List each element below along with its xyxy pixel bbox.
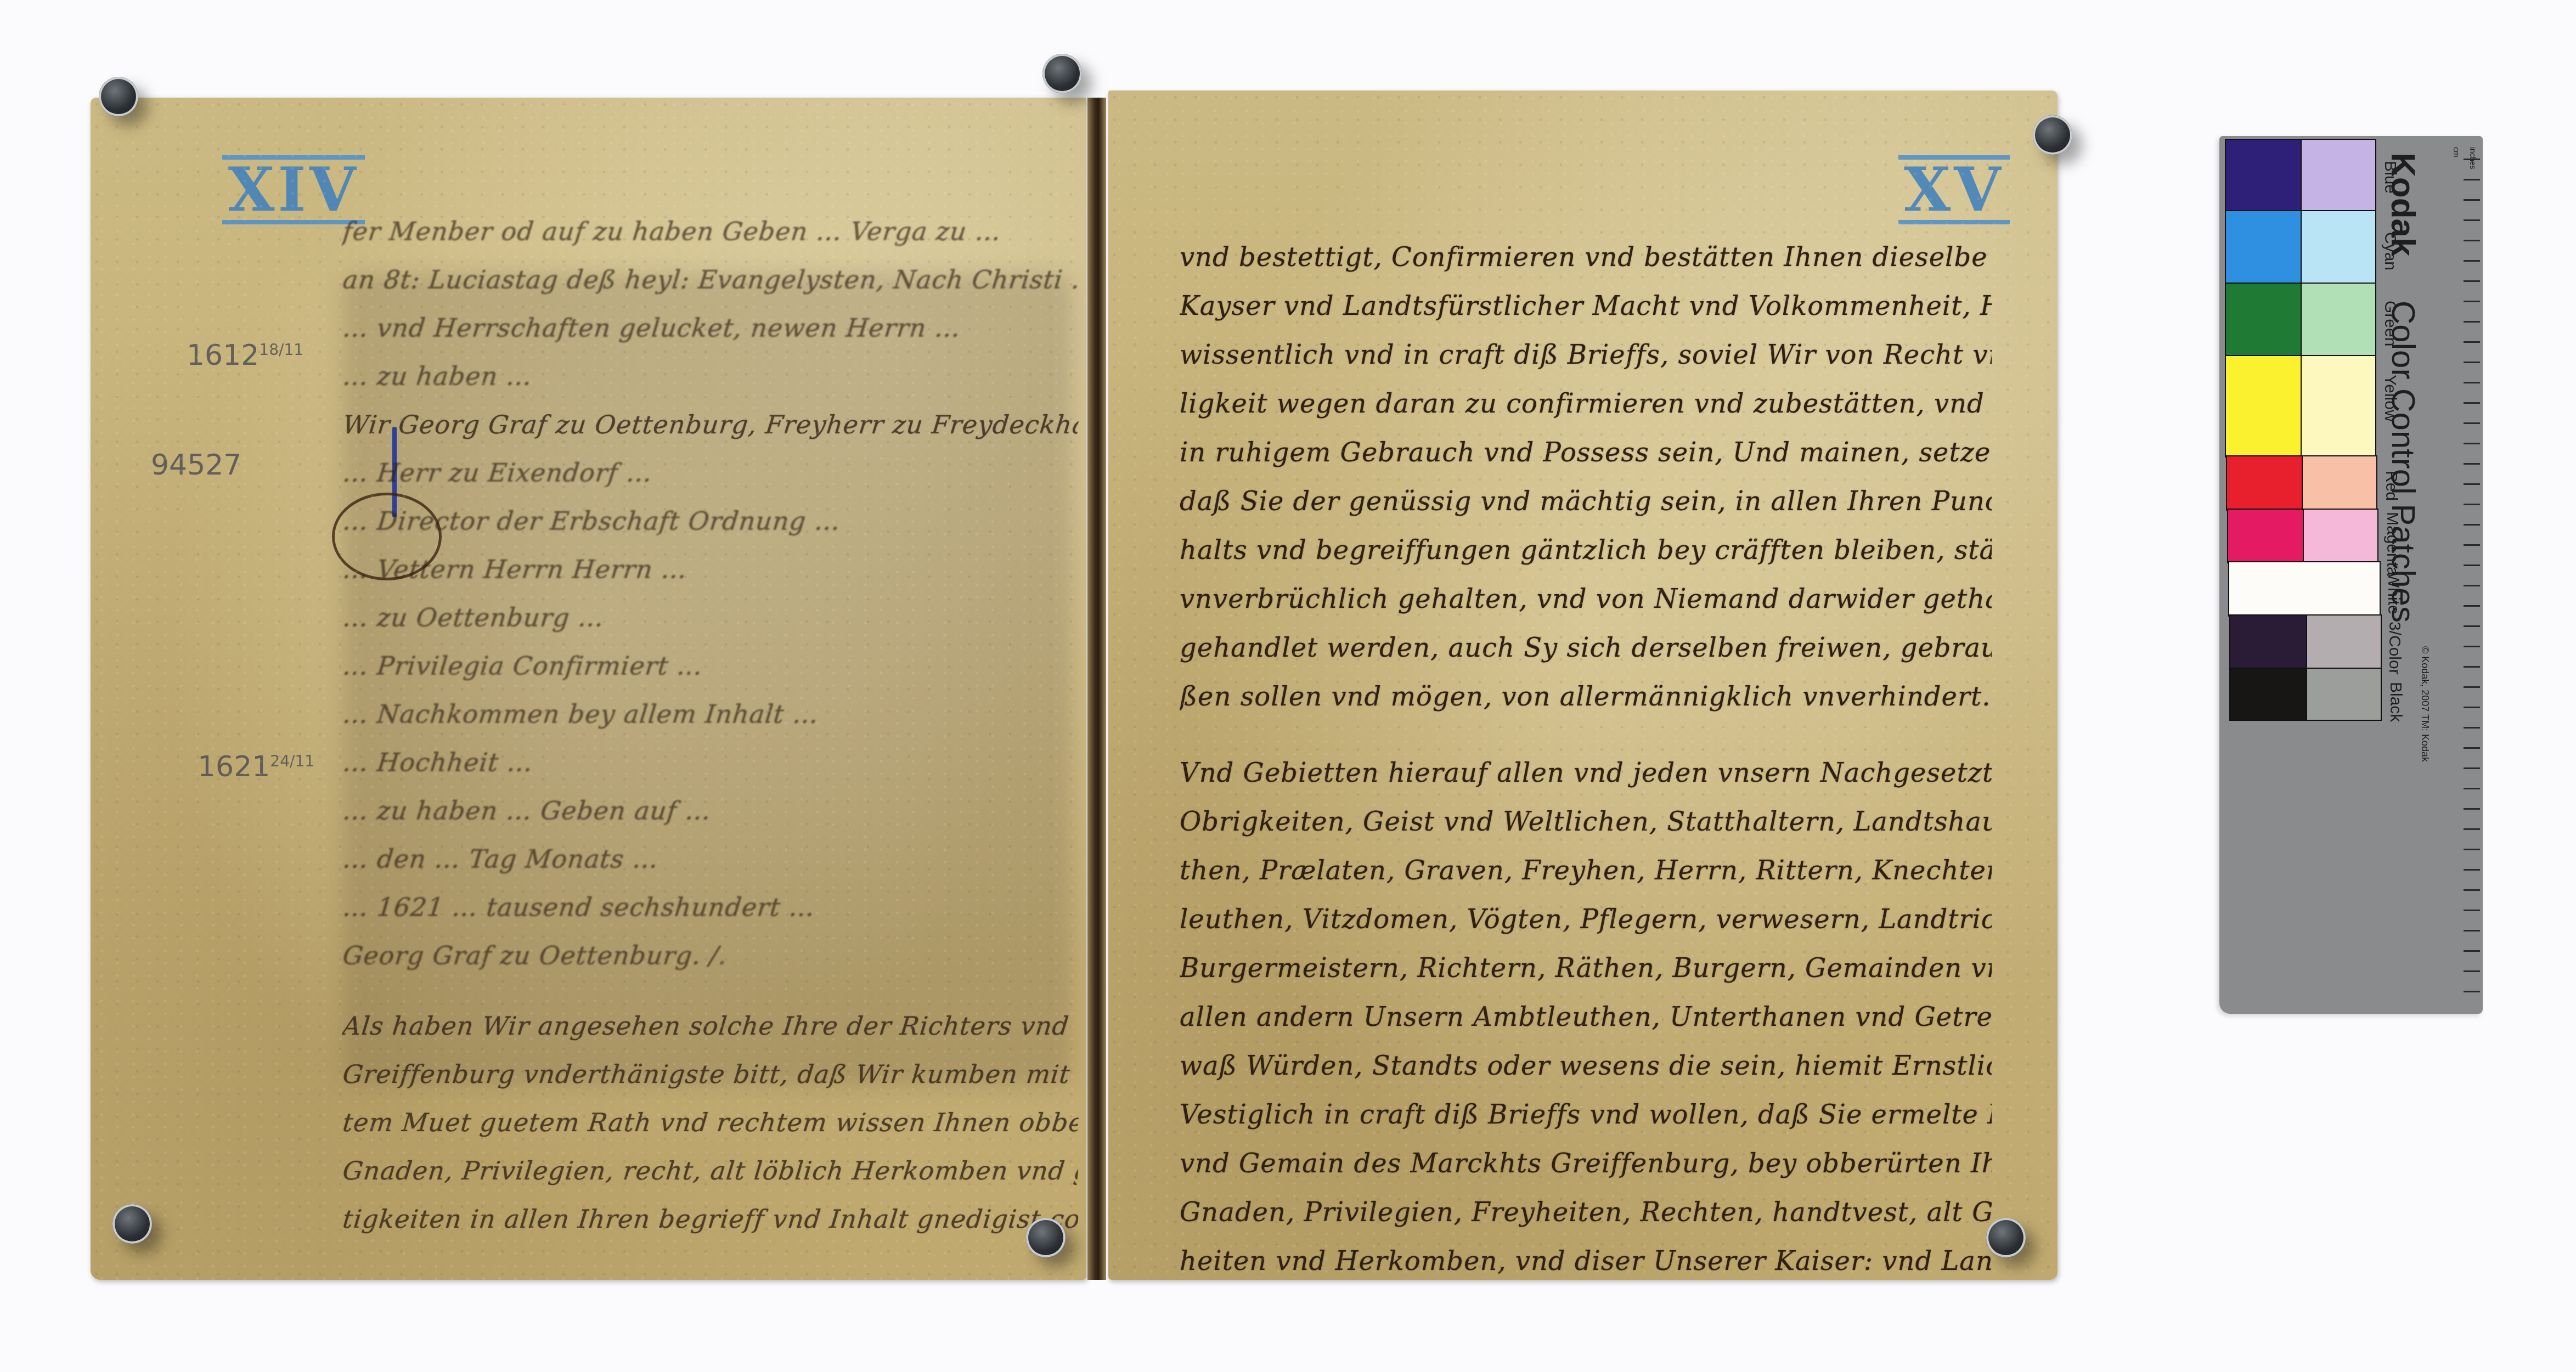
text-line: Kayser vnd Landtsfürstlicher Macht vnd V… bbox=[1180, 282, 1992, 331]
patch-yellow-dark bbox=[2225, 355, 2303, 458]
right-page-text: vnd bestettigt, Confirmieren vnd bestätt… bbox=[1180, 233, 1992, 1280]
text-line: tigkeiten in allen Ihren begrieff vnd In… bbox=[340, 1195, 1080, 1243]
label-cyan: Cyan bbox=[2381, 232, 2399, 270]
patch-black-dark bbox=[2229, 668, 2308, 721]
measurement-ruler bbox=[2439, 140, 2480, 1009]
patch-green-light bbox=[2301, 283, 2376, 357]
folio-number-right: XV bbox=[1898, 155, 2010, 224]
text-line: Wir Georg Graf zu Oettenburg, Freyherr z… bbox=[340, 400, 1080, 449]
label-blue: Blue bbox=[2381, 161, 2399, 194]
magnet-top-left bbox=[99, 77, 138, 116]
patch-white bbox=[2228, 561, 2381, 617]
text-line: ßen sollen vnd mögen, von allermännigkli… bbox=[1180, 673, 1992, 721]
text-line: daß Sie der genüssig vnd mächtig sein, i… bbox=[1180, 477, 1992, 526]
text-line: Burgermeistern, Richtern, Räthen, Burger… bbox=[1180, 944, 1992, 993]
text-line: gehandlet werden, auch Sy sich derselben… bbox=[1180, 624, 1992, 673]
left-manuscript-page: XIV 161218/11 94527 162124/11 fer Menber… bbox=[91, 98, 1086, 1280]
label-white: White bbox=[2384, 572, 2403, 614]
patch-red-dark bbox=[2226, 455, 2304, 511]
magnet-top-right bbox=[2033, 115, 2072, 155]
text-line: Vestiglich in craft diß Brieffs vnd woll… bbox=[1180, 1091, 1992, 1139]
kodak-copyright: © Kodak, 2007 TM: Kodak bbox=[2419, 646, 2431, 762]
text-line: ligkeit wegen daran zu confirmieren vnd … bbox=[1180, 380, 1992, 428]
text-line: … den … Tag Monats … bbox=[340, 835, 1080, 883]
label-yellow: Yellow bbox=[2381, 375, 2399, 422]
text-line: an 8t: Luciastag deß heyl: Evangelysten,… bbox=[340, 256, 1080, 304]
label-black: Black bbox=[2386, 682, 2405, 722]
text-line: Obrigkeiten, Geist vnd Weltlichen, Statt… bbox=[1180, 798, 1992, 846]
text-line: Gnaden, Privilegien, Freyheiten, Rechten… bbox=[1180, 1188, 1992, 1237]
text-line: … Vettern Herrn Herrn … bbox=[340, 545, 1080, 594]
patch-cyan-light bbox=[2301, 210, 2376, 285]
patch-blue-light bbox=[2301, 139, 2376, 212]
pencil-note-date-1621: 162124/11 bbox=[198, 750, 314, 783]
magnet-top-center bbox=[1042, 54, 1082, 93]
text-line: … Hochheit … bbox=[340, 738, 1080, 787]
patch-yellow-light bbox=[2301, 355, 2376, 458]
patch-cyan-dark bbox=[2225, 210, 2303, 285]
text-line: … Privilegia Confirmiert … bbox=[340, 642, 1080, 690]
magnet-bottom-left bbox=[112, 1204, 152, 1244]
text-line: … Director der Erbschaft Ordnung … bbox=[340, 497, 1080, 545]
patch-magenta-dark bbox=[2227, 509, 2305, 563]
label-red: Red bbox=[2382, 471, 2400, 501]
text-line: vnd Gemain des Marckhts Greiffenburg, be… bbox=[1180, 1139, 1992, 1188]
patch-black-light bbox=[2306, 668, 2382, 721]
text-line: in ruhigem Gebrauch vnd Possess sein, Un… bbox=[1180, 428, 1992, 477]
label-3color: 3/Color bbox=[2385, 622, 2404, 675]
label-magenta: Magenta bbox=[2383, 512, 2402, 576]
text-line: vnverbrüchlich gehalten, vnd von Niemand… bbox=[1180, 575, 1992, 624]
text-line: … zu haben … bbox=[340, 352, 1080, 400]
text-line: wissentlich vnd in craft diß Brieffs, so… bbox=[1180, 331, 1992, 380]
text-line: tem Muet guetem Rath vnd rechtem wissen … bbox=[340, 1098, 1080, 1147]
text-line: Gnaden, Privilegien, recht, alt löblich … bbox=[340, 1147, 1080, 1195]
text-line: leuthen, Vitzdomen, Vögten, Pflegern, ve… bbox=[1180, 895, 1992, 944]
patch-magenta-light bbox=[2303, 509, 2378, 563]
text-line: Vnd Gebietten hierauf allen vnd jeden vn… bbox=[1180, 749, 1992, 798]
patch-blue-dark bbox=[2225, 139, 2303, 212]
patch-3color-dark bbox=[2229, 614, 2308, 670]
text-line: vnd bestettigt, Confirmieren vnd bestätt… bbox=[1180, 233, 1992, 282]
patch-3color-light bbox=[2306, 614, 2382, 670]
pencil-note-date-1612: 161218/11 bbox=[187, 339, 303, 372]
center-fold-gutter bbox=[1087, 98, 1106, 1280]
text-line: … vnd Herrschaften gelucket, newen Herrn… bbox=[340, 304, 1080, 352]
text-line: … Nachkommen bey allem Inhalt … bbox=[340, 690, 1080, 738]
left-page-text: fer Menber od auf zu haben Geben … Verga… bbox=[343, 207, 1078, 1243]
patch-red-light bbox=[2302, 455, 2377, 511]
text-line: allen andern Unsern Ambtleuthen, Unterth… bbox=[1180, 993, 1992, 1042]
text-line: … 1621 … tausend sechshundert … bbox=[340, 883, 1080, 931]
text-line: … zu haben … Geben auf … bbox=[340, 787, 1080, 835]
text-line: … zu Oettenburg … bbox=[340, 594, 1080, 642]
text-line: Als haben Wir angesehen solche Ihre der … bbox=[340, 1002, 1080, 1050]
text-line: heiten vnd Herkomben, vnd diser Unserer … bbox=[1180, 1237, 1992, 1280]
text-line: waß Würden, Standts oder wesens die sein… bbox=[1180, 1042, 1992, 1091]
right-manuscript-page: XV vnd bestettigt, Confirmieren vnd best… bbox=[1108, 91, 2058, 1280]
pencil-note-94527: 94527 bbox=[151, 449, 241, 482]
text-line: then, Prælaten, Graven, Freyhen, Herrn, … bbox=[1180, 846, 1992, 895]
text-line: halts vnd begreiffungen gäntzlich bey cr… bbox=[1180, 526, 1992, 575]
patch-green-dark bbox=[2225, 283, 2303, 357]
text-line: Greiffenburg vnderthänigste bitt, daß Wi… bbox=[340, 1050, 1080, 1098]
text-line: Georg Graf zu Oettenburg. /. bbox=[340, 931, 1080, 980]
text-line: … Herr zu Eixendorf … bbox=[340, 449, 1080, 497]
magnet-bottom-center bbox=[1026, 1218, 1066, 1257]
label-green: Green bbox=[2381, 301, 2399, 346]
magnet-bottom-right bbox=[1986, 1218, 2026, 1257]
text-line: fer Menber od auf zu haben Geben … Verga… bbox=[340, 207, 1080, 256]
